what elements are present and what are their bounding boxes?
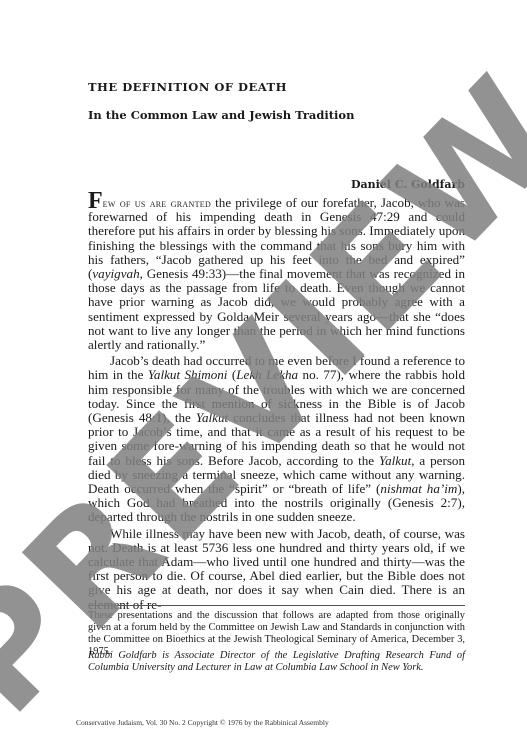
italic-term: Yalkut (379, 453, 411, 468)
italic-term: vayigvah (92, 266, 139, 281)
italic-term: Yalkut Shimoni (148, 367, 228, 382)
article-title: THE DEFINITION OF DEATH (88, 80, 287, 94)
article-body: Few of us are granted the privilege of o… (88, 196, 465, 612)
italic-term: Lekh Lekha (236, 367, 298, 382)
paragraph: Jacob’s death had occurred to me even be… (88, 354, 465, 524)
paragraph: Few of us are granted the privilege of o… (88, 196, 465, 352)
drop-cap: F (88, 188, 103, 214)
author-byline: Daniel C. Goldfarb (351, 178, 465, 191)
document-page: THE DEFINITION OF DEATH In the Common La… (0, 0, 527, 750)
article-subtitle: In the Common Law and Jewish Tradition (88, 108, 354, 122)
italic-term: Yalkut (196, 410, 228, 425)
copyright-citation: Conservative Judaism, Vol. 30 No. 2 Copy… (76, 718, 329, 727)
italic-term: nishmat ha’im (380, 481, 457, 496)
author-bio: Rabbi Goldfarb is Associate Director of … (88, 650, 465, 674)
lead-in-smallcaps: ew of us are granted (103, 196, 211, 210)
footnote-divider (88, 605, 465, 606)
paragraph: While illness may have been new with Jac… (88, 527, 465, 612)
